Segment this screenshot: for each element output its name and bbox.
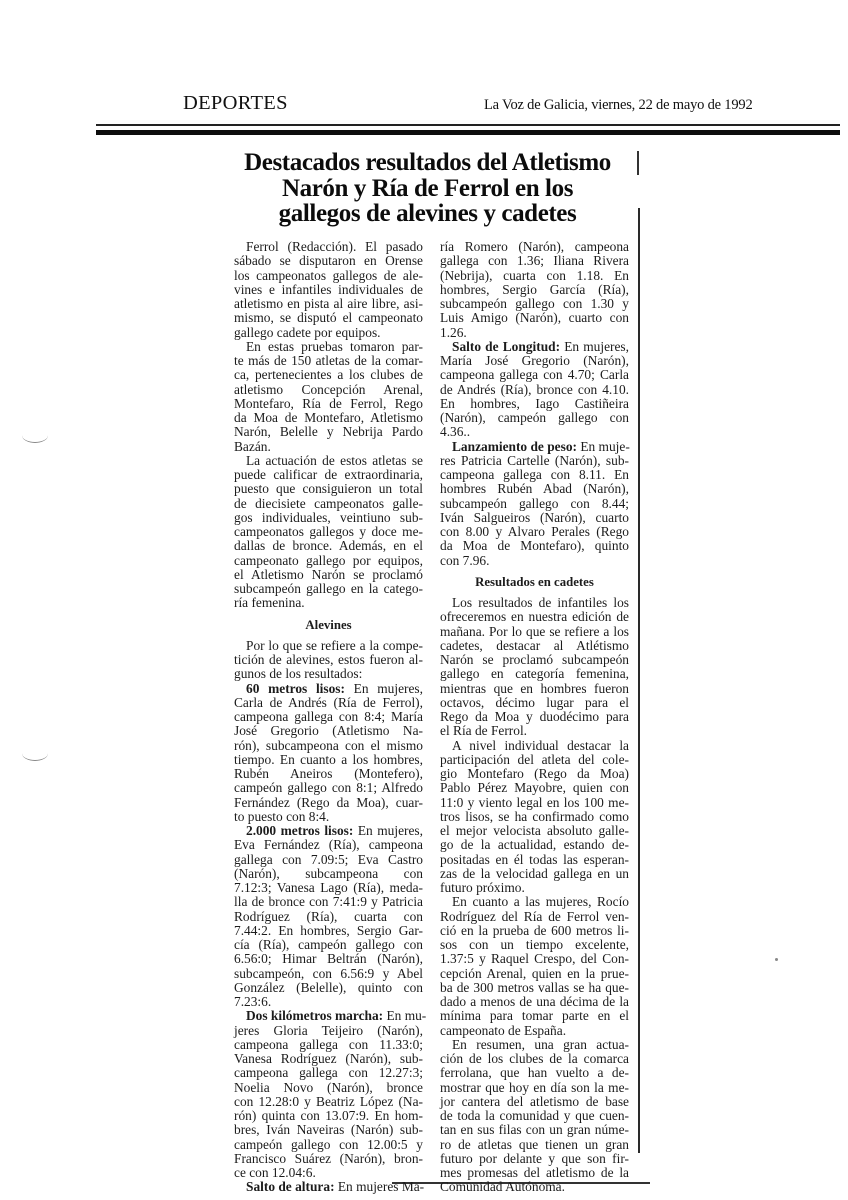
speck — [775, 958, 778, 961]
text-line: jeres Gloria Teijeiro (Narón), — [234, 1024, 423, 1038]
text-line: ca, pertenecientes a los clubes de — [234, 368, 423, 382]
text-line: Comunidad Autónoma. — [440, 1180, 629, 1194]
text-line: hombres Rubén Abad (Narón), — [440, 482, 629, 496]
text-line: Noelia Novo (Narón), bronce — [234, 1081, 423, 1095]
text-line: ba de 300 metros vallas se ha que- — [440, 981, 629, 995]
text-line: campeona gallega con 4.70; Carla — [440, 368, 629, 382]
text-line: ría Romero (Narón), campeona — [440, 240, 629, 254]
text-line: da Moa de Montefaro), quinto — [440, 539, 629, 553]
text-line: Montefaro, Ría de Ferrol, Rego — [234, 397, 423, 411]
text-line: Rubén Aneiros (Montefero), — [234, 767, 423, 781]
text-line: La actuación de estos atletas se — [234, 454, 423, 468]
text-line: futuro por delante y que son fir- — [440, 1152, 629, 1166]
text-line: res Patricia Cartelle (Narón), sub- — [440, 454, 629, 468]
text-line: atletismo en pista al aire libre, asi- — [234, 297, 423, 311]
text-line: te más de 150 atletas de la comar- — [234, 354, 423, 368]
text-line: futuro próximo. — [440, 881, 629, 895]
headline-line: Destacados resultados del Atletismo — [225, 150, 630, 176]
text-line: A nivel individual destacar la — [440, 739, 629, 753]
text-line: campeonato gallego por equipos, — [234, 554, 423, 568]
text-line: mañana. Por lo que se refiere a los — [440, 625, 629, 639]
text-line: rón) quinta con 13.07:9. En hom- — [234, 1109, 423, 1123]
text-line: jor cantera del atletismo de base — [440, 1095, 629, 1109]
text-line: En estas pruebas tomaron par- — [234, 340, 423, 354]
event-label: Salto de altura: — [246, 1179, 335, 1194]
text-line: Luis Amigo (Narón), cuarto con — [440, 311, 629, 325]
text-line: gallego cadete por equipos. — [234, 326, 423, 340]
text-line: Narón, Belelle y Nebrija Pardo — [234, 425, 423, 439]
text-line: Carla de Andrés (Ría de Ferrol), — [234, 696, 423, 710]
text-line: mínima para tomar parte en el — [440, 1009, 629, 1023]
header-rule-thick — [96, 130, 840, 135]
headline-line: Narón y Ría de Ferrol en los — [225, 176, 630, 202]
text-line: gallega con 7.09:5; Eva Castro — [234, 853, 423, 867]
text-line: En hombres, Iago Castiñeira — [440, 397, 629, 411]
column-divider — [638, 208, 640, 1153]
text-line: 7.12:3; Vanesa Lago (Ría), meda- — [234, 881, 423, 895]
text-line: sos con un tiempo excelente, — [440, 938, 629, 952]
text-line: campeonatos gallegos y doce me- — [234, 525, 423, 539]
section-label: DEPORTES — [183, 92, 288, 115]
text-line: con 8.00 y Alvaro Perales (Rego — [440, 525, 629, 539]
text-line: cía (Ría), campeón gallego con — [234, 938, 423, 952]
text-line: atletismo Concepción Arenal, — [234, 383, 423, 397]
text-line: Bazán. — [234, 440, 423, 454]
text-line: campeona gallega con 8.11. En — [440, 468, 629, 482]
text-line: González (Belelle), quinto con — [234, 981, 423, 995]
text-line: vines e infantiles individuales de — [234, 283, 423, 297]
event-label: Lanzamiento de peso: — [452, 439, 577, 454]
text-line: campeona gallega con 11.33:0; — [234, 1038, 423, 1052]
text-line: bres, Iván Naveiras (Narón) sub- — [234, 1123, 423, 1137]
text-line: 7.44:2. En hombres, Sergio Gar- — [234, 924, 423, 938]
text-line: de toda la comunidad y que cuen- — [440, 1109, 629, 1123]
subheading: Resultados en cadetes — [440, 575, 629, 589]
text-line: (Narón), campeón gallego con — [440, 411, 629, 425]
text-line: 4.36.. — [440, 425, 629, 439]
text-line: ofreceremos en nuestra edición de — [440, 610, 629, 624]
text-line: Fernández (Rego da Moa), cuar- — [234, 796, 423, 810]
text-line: gunos de los resultados: — [234, 667, 423, 681]
text-line: Salto de Longitud: En mujeres, — [440, 340, 629, 354]
text-line: cadetes, destacar al Atlétismo — [440, 639, 629, 653]
text-line: (Narón), subcampeona con — [234, 867, 423, 881]
text-line: Ferrol (Redacción). El pasado — [234, 240, 423, 254]
text-line: de diecisiete campeonatos galle- — [234, 497, 423, 511]
text-line: Vanesa Rodríguez (Narón), sub- — [234, 1052, 423, 1066]
text-line: Por lo que se refiere a la compe- — [234, 639, 423, 653]
text-line: positadas en él todas las esperan- — [440, 853, 629, 867]
text-line: subcampeón gallego en la catego- — [234, 582, 423, 596]
text-line: 7.23:6. — [234, 995, 423, 1009]
text-line: puede calificar de extraordinaria, — [234, 468, 423, 482]
event-label: 2.000 metros lisos: — [246, 823, 353, 838]
text-line: el Atletismo Narón se proclamó — [234, 568, 423, 582]
text-line: En cuanto a las mujeres, Rocío — [440, 895, 629, 909]
event-label: Salto de Longitud: — [452, 339, 560, 354]
text-line: Salto de altura: En mujeres Ma- — [234, 1180, 423, 1194]
text-line: participación del atleta del cole- — [440, 753, 629, 767]
text-line: Eva Fernández (Ría), campeona — [234, 838, 423, 852]
text-line: mientras que en hombres fueron — [440, 682, 629, 696]
text-line: ción de los clubes de la comarca — [440, 1052, 629, 1066]
text-line: gallego en categoría femenina, — [440, 667, 629, 681]
text-line: ría femenina. — [234, 596, 423, 610]
text-line: octavos, décimo lugar para el — [440, 696, 629, 710]
text-line: subcampeón gallego con 1.30 y — [440, 297, 629, 311]
text-line: de Andrés (Ría), bronce con 4.10. — [440, 383, 629, 397]
text-line: el mejor velocista absoluto galle- — [440, 824, 629, 838]
text-line: 1.37:5 y Raquel Crespo, del Con- — [440, 952, 629, 966]
header-rule-thin — [96, 124, 840, 126]
text-line: Los resultados de infantiles los — [440, 596, 629, 610]
text-line: dado a menos de una décima de la — [440, 995, 629, 1009]
text-line: Rodríguez del Ría de Ferrol ven- — [440, 910, 629, 924]
text-line: campeonato de España. — [440, 1024, 629, 1038]
text-line: 11:0 y viento legal en los 100 me- — [440, 796, 629, 810]
text-line: go de la actualidad, estando de- — [440, 838, 629, 852]
headline-line: gallegos de alevines y cadetes — [225, 201, 630, 227]
text-line: to puesto con 8:4. — [234, 810, 423, 824]
text-line: rón), subcampeona con el mismo — [234, 739, 423, 753]
article-column-1: Ferrol (Redacción). El pasadosábado se d… — [234, 240, 423, 1195]
margin-mark-upper — [22, 428, 48, 443]
text-line: ro de atletas que tienen un gran — [440, 1138, 629, 1152]
text-line: 1.26. — [440, 326, 629, 340]
text-line: lla de bronce con 7:41:9 y Patricia — [234, 895, 423, 909]
text-line: 60 metros lisos: En mujeres, — [234, 682, 423, 696]
text-line: 6.56:0; Himar Beltrán (Narón), — [234, 952, 423, 966]
text-line: tición de alevines, estos fueron al- — [234, 653, 423, 667]
text-line: José Gregorio (Atletismo Na- — [234, 724, 423, 738]
text-line: gos individuales, veintiuno sub- — [234, 511, 423, 525]
dateline: La Voz de Galicia, viernes, 22 de mayo d… — [484, 97, 753, 114]
text-line: puesto que consiguieron un total — [234, 482, 423, 496]
text-line: subcampeón gallego con 8.44; — [440, 497, 629, 511]
article-column-2: ría Romero (Narón), campeonagallega con … — [440, 240, 629, 1195]
column-divider-top — [637, 151, 639, 175]
text-line: sábado se disputaron en Orense — [234, 254, 423, 268]
text-line: gallega con 1.36; Iliana Rivera — [440, 254, 629, 268]
text-line: María José Gregorio (Narón), — [440, 354, 629, 368]
text-line: con 7.96. — [440, 554, 629, 568]
text-line: Lanzamiento de peso: En muje- — [440, 440, 629, 454]
text-line: mes promesas del atletismo de la — [440, 1166, 629, 1180]
text-line: el Ría de Ferrol. — [440, 724, 629, 738]
text-line: tros lisos, se ha confirmado como — [440, 810, 629, 824]
headline: Destacados resultados del Atletismo Naró… — [225, 150, 630, 227]
text-line: ferrolana, que han vuelto a de- — [440, 1066, 629, 1080]
text-line: tiempo. En cuanto a los hombres, — [234, 753, 423, 767]
subheading: Alevines — [234, 618, 423, 632]
event-label: Dos kilómetros marcha: — [246, 1008, 383, 1023]
text-line: campeona gallega con 8:4; María — [234, 710, 423, 724]
text-line: mismo, se disputó el campeonato — [234, 311, 423, 325]
text-line: En resumen, una gran actua- — [440, 1038, 629, 1052]
event-label: 60 metros lisos: — [246, 681, 345, 696]
margin-mark-lower — [22, 746, 48, 761]
text-line: cepción Arenal, quien en la prue- — [440, 967, 629, 981]
text-line: subcampeón, con 6.56:9 y Abel — [234, 967, 423, 981]
text-line: Pablo Pérez Mayobre, quien con — [440, 781, 629, 795]
text-line: zas de la velocidad gallega en un — [440, 867, 629, 881]
text-line: 2.000 metros lisos: En mujeres, — [234, 824, 423, 838]
text-line: con 12.28:0 y Beatriz López (Na- — [234, 1095, 423, 1109]
text-line: Rego da Moa y duodécimo para — [440, 710, 629, 724]
text-line: ció en la prueba de 600 metros li- — [440, 924, 629, 938]
text-line: (Nebrija), cuarta con 1.18. En — [440, 269, 629, 283]
text-line: dallas de bronce. Además, en el — [234, 539, 423, 553]
text-line: campeón gallego con 8:1; Alfredo — [234, 781, 423, 795]
text-line: gio Montefaro (Rego da Moa) — [440, 767, 629, 781]
text-line: mostrar que hoy en día son la me- — [440, 1081, 629, 1095]
text-line: ce con 12.04:6. — [234, 1166, 423, 1180]
text-line: los campeonatos gallegos de ale- — [234, 269, 423, 283]
text-line: hombres, Sergio García (Ría), — [440, 283, 629, 297]
text-line: campeón gallego con 12.00:5 y — [234, 1138, 423, 1152]
text-line: Narón se proclamó subcampeón — [440, 653, 629, 667]
text-line: Rodríguez (Ría), cuarta con — [234, 910, 423, 924]
text-line: tan en sus filas con un gran núme- — [440, 1123, 629, 1137]
text-line: Francisco Suárez (Narón), bron- — [234, 1152, 423, 1166]
text-line: da Moa de Montefaro, Atletismo — [234, 411, 423, 425]
text-line: Dos kilómetros marcha: En mu- — [234, 1009, 423, 1023]
text-line: Iván Salgueiros (Narón), cuarto — [440, 511, 629, 525]
text-line: campeona gallega con 12.27:3; — [234, 1066, 423, 1080]
